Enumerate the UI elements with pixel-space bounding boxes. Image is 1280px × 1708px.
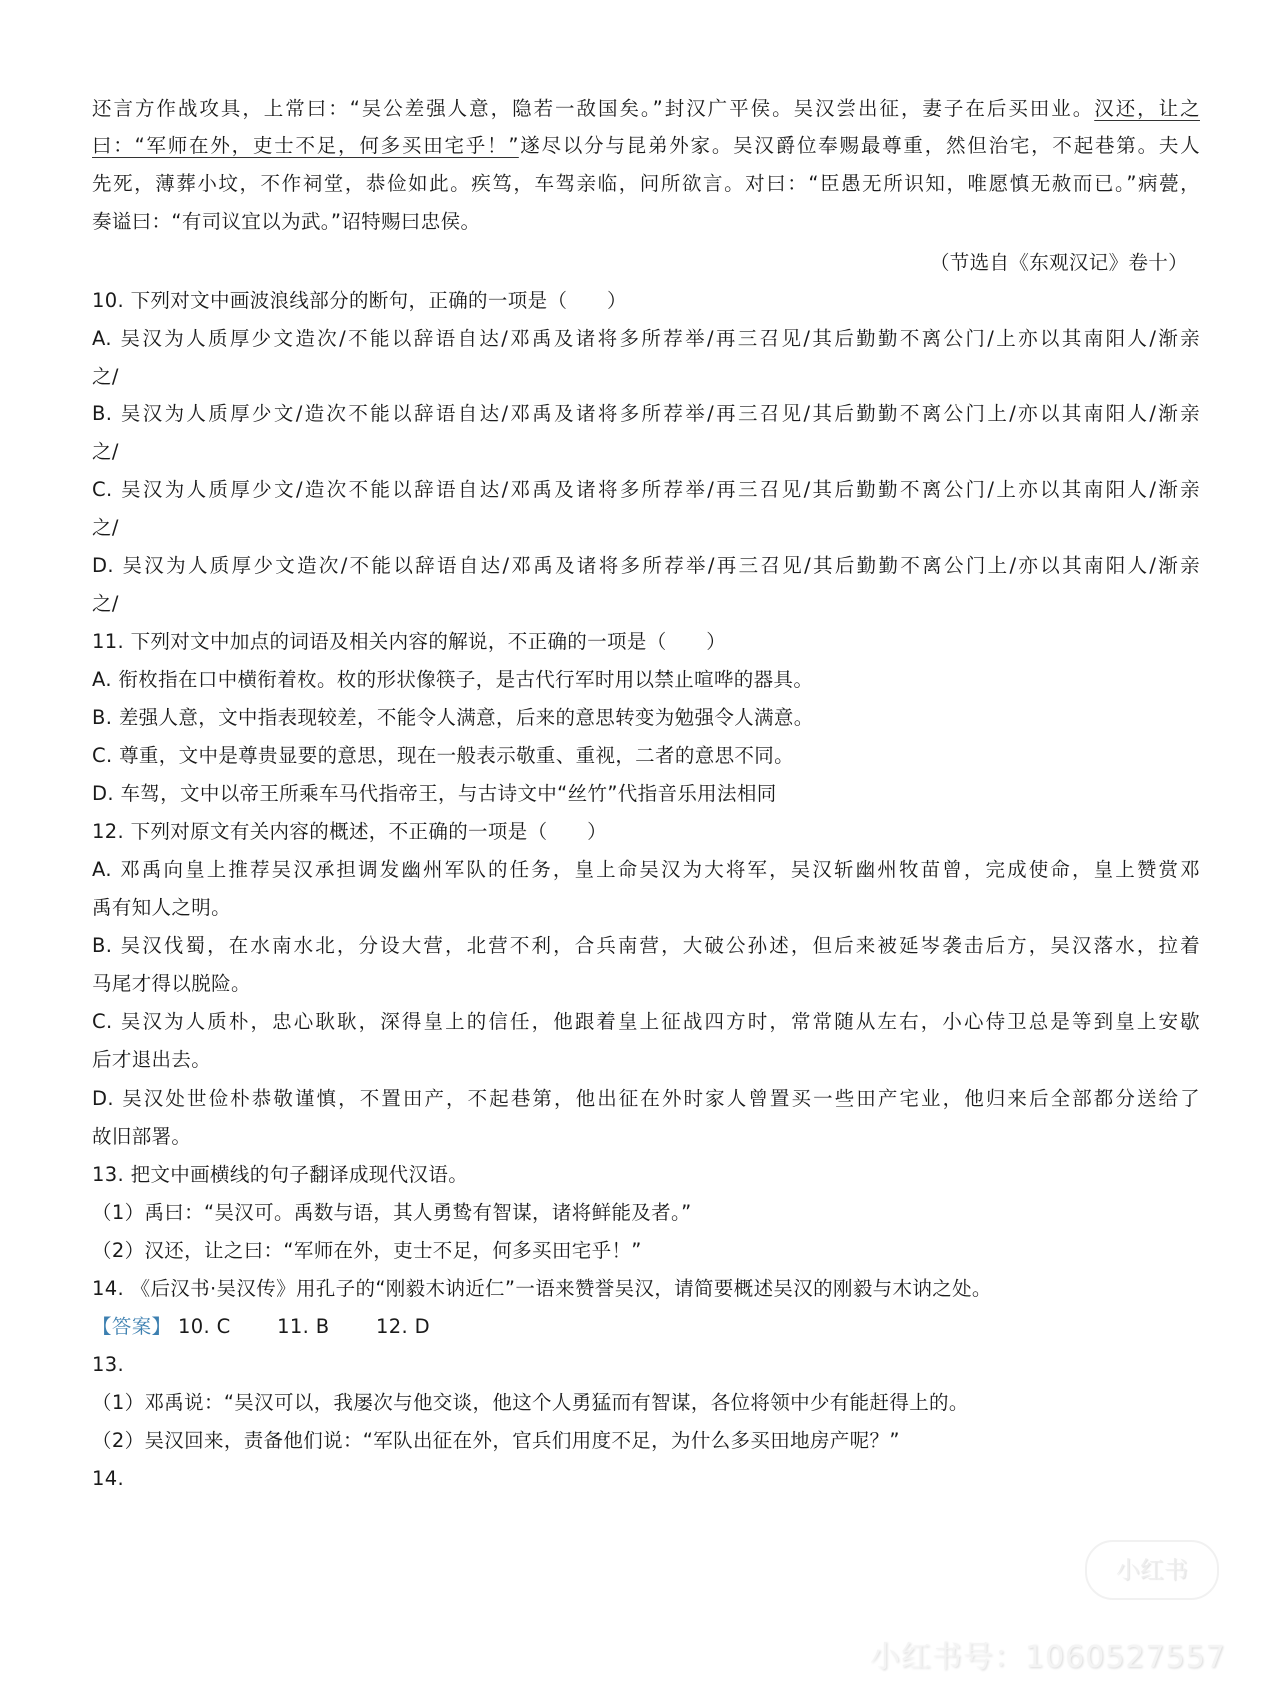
answer-label: 【答案】 xyxy=(92,1315,171,1338)
question-10-option-c: C. 吴汉为人质厚少文/造次不能以辞语自达/邓禹及诸将多所荐举/再三召见/其后勤… xyxy=(92,477,1200,503)
question-10-option-c-cont: 之/ xyxy=(92,515,119,541)
answer-13-item-2: （2）吴汉回来，责备他们说：“军队出征在外，官兵们用度不足，为什么多买田地房产呢… xyxy=(92,1428,900,1454)
answer-11: 11. B xyxy=(277,1315,329,1338)
answer-12: 12. D xyxy=(376,1315,430,1338)
question-11-stem: 11. 下列对文中加点的词语及相关内容的解说，不正确的一项是（ ） xyxy=(92,629,726,655)
question-11-option-b: B. 差强人意，文中指表现较差，不能令人满意，后来的意思转变为勉强令人满意。 xyxy=(92,705,814,731)
question-10-option-b-cont: 之/ xyxy=(92,439,119,465)
question-14-stem: 14. 《后汉书·吴汉传》用孔子的“刚毅木讷近仁”一语来赞誉吴汉，请简要概述吴汉… xyxy=(92,1276,992,1302)
answer-row: 【答案】 10. C 11. B 12. D xyxy=(92,1314,430,1340)
question-12-option-b: B. 吴汉伐蜀，在水南水北，分设大营，北营不利，合兵南营，大破公孙述，但后来被延… xyxy=(92,933,1200,959)
passage-line-3: 先死，薄葬小坟，不作祠堂，恭俭如此。疾笃，车驾亲临，问所欲言。对曰：“臣愚无所识… xyxy=(92,171,1200,197)
passage-text: 还言方作战攻具，上常曰：“吴公差强人意，隐若一敌国矣。”封汉广平侯。吴汉尝出征，… xyxy=(92,97,1094,120)
answer-13-item-1: （1）邓禹说：“吴汉可以，我屡次与他交谈，他这个人勇猛而有智谋，各位将领中少有能… xyxy=(92,1390,969,1416)
question-13-item-2: （2）汉还，让之曰：“军师在外，吏士不足，何多买田宅乎！” xyxy=(92,1238,642,1264)
question-12-stem: 12. 下列对原文有关内容的概述，不正确的一项是（ ） xyxy=(92,819,607,845)
question-10-option-d: D. 吴汉为人质厚少文造次/不能以辞语自达/邓禹及诸将多所荐举/再三召见/其后勤… xyxy=(92,553,1200,579)
question-12-option-d: D. 吴汉处世俭朴恭敬谨慎，不置田产，不起巷第，他出征在外时家人曾置买一些田产宅… xyxy=(92,1086,1200,1112)
question-12-option-d-cont: 故旧部署。 xyxy=(92,1124,191,1150)
question-10-option-a: A. 吴汉为人质厚少文造次/不能以辞语自达/邓禹及诸将多所荐举/再三召见/其后勤… xyxy=(92,326,1200,352)
question-13-stem: 13. 把文中画横线的句子翻译成现代汉语。 xyxy=(92,1162,468,1188)
question-12-option-c-cont: 后才退出去。 xyxy=(92,1047,211,1073)
passage-text: 遂尽以分与昆弟外家。吴汉爵位奉赐最尊重，然但治宅，不起巷第。夫人 xyxy=(519,134,1200,157)
question-10-option-b: B. 吴汉为人质厚少文/造次不能以辞语自达/邓禹及诸将多所荐举/再三召见/其后勤… xyxy=(92,401,1200,427)
answer-14-label: 14. xyxy=(92,1466,124,1492)
passage-source: （节选自《东观汉记》卷十） xyxy=(930,250,1188,276)
question-10-option-d-cont: 之/ xyxy=(92,591,119,617)
passage-line-2: 曰：“军师在外，吏士不足，何多买田宅乎！”遂尽以分与昆弟外家。吴汉爵位奉赐最尊重… xyxy=(92,133,1200,159)
question-12-option-b-cont: 马尾才得以脱险。 xyxy=(92,971,251,997)
question-10-stem: 10. 下列对文中画波浪线部分的断句，正确的一项是（ ） xyxy=(92,288,627,314)
question-12-option-a: A. 邓禹向皇上推荐吴汉承担调发幽州军队的任务，皇上命吴汉为大将军，吴汉斩幽州牧… xyxy=(92,857,1200,883)
question-11-option-a: A. 衔枚指在口中横衔着枚。枚的形状像筷子，是古代行军时用以禁止喧哗的器具。 xyxy=(92,667,813,693)
question-12-option-c: C. 吴汉为人质朴，忠心耿耿，深得皇上的信任，他跟着皇上征战四方时，常常随从左右… xyxy=(92,1009,1200,1035)
question-10-option-a-cont: 之/ xyxy=(92,364,119,390)
question-11-option-c: C. 尊重，文中是尊贵显要的意思，现在一般表示敬重、重视，二者的意思不同。 xyxy=(92,743,794,769)
passage-line-4: 奏谥曰：“有司议宜以为武。”诏特赐曰忠侯。 xyxy=(92,209,480,235)
question-12-option-a-cont: 禹有知人之明。 xyxy=(92,895,231,921)
watermark-text: 小红书号：1060527557 xyxy=(870,1632,1226,1676)
answer-10: 10. C xyxy=(178,1315,231,1338)
answer-13-label: 13. xyxy=(92,1352,124,1378)
watermark-logo: 小红书 xyxy=(1085,1540,1219,1600)
question-11-option-d: D. 车驾，文中以帝王所乘车马代指帝王，与古诗文中“丝竹”代指音乐用法相同 xyxy=(92,781,777,807)
underlined-sentence: 汉还，让之 xyxy=(1094,97,1200,120)
question-13-item-1: （1）禹曰：“吴汉可。禹数与语，其人勇鸷有智谋，诸将鲜能及者。” xyxy=(92,1200,692,1226)
passage-line-1: 还言方作战攻具，上常曰：“吴公差强人意，隐若一敌国矣。”封汉广平侯。吴汉尝出征，… xyxy=(92,96,1200,122)
underlined-sentence: 曰：“军师在外，吏士不足，何多买田宅乎！” xyxy=(92,134,519,157)
